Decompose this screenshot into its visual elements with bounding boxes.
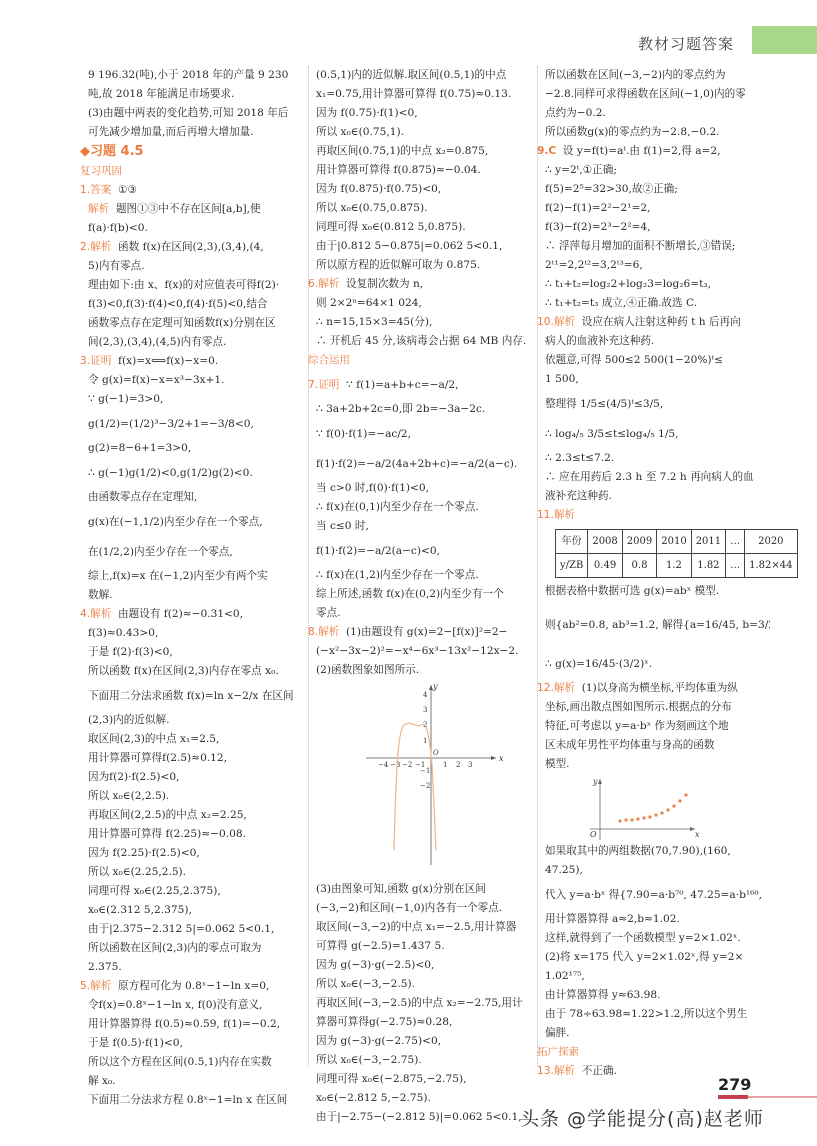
text-line: 由于|0.812 5−0.875|=0.062 5<0.1, [316, 237, 526, 256]
text-line: 再取区间(−3,−2.5)的中点 x₂=−2.75,用计 [316, 994, 526, 1013]
q1-answer: ①③ [118, 184, 137, 196]
svg-text:2: 2 [456, 761, 460, 769]
text-line: 因为 f(0.75)·f(1)<0, [316, 104, 526, 123]
text-line: f(2)−f(1)=2²−2¹=2, [545, 199, 770, 218]
text-line: f(5)=2⁵=32>30,故②正确; [545, 180, 770, 199]
scatter-plot: y x O [545, 774, 770, 842]
table-cell: 年份 [556, 530, 588, 554]
text-line: 这样,就得到了一个函数模型 y=2×1.02ˣ. [545, 929, 770, 948]
text-line: 数解. [88, 586, 300, 605]
text-line: 所以 x₀∈(−3,−2.75). [316, 1051, 526, 1070]
q11-label: 11.解析 [537, 509, 575, 521]
text-line: 当 c≤0 时, [316, 517, 526, 536]
text-line: (3)由图象可知,函数 g(x)分别在区间 [316, 880, 526, 899]
text-line: 则{ab²=0.8, ab³=1.2, 解得{a=16/45, b=3/2, [545, 601, 770, 649]
text-line: 综上所述,函数 f(x)在(0,2)内至少有一个 [316, 585, 526, 604]
svg-text:1: 1 [423, 737, 427, 745]
text-line: (1)以身高为横坐标,平均体重为纵 [582, 682, 738, 694]
text-line: ∴ t₁+t₂=log₂2+log₂3=log₂6=t₃, [545, 275, 770, 294]
text-line: 函数零点存在定理可知函数f(x)分别在区 [88, 314, 300, 333]
table-cell: 2011 [691, 530, 725, 554]
svg-text:O: O [590, 830, 597, 839]
section-title: ◆习题 4.5 [80, 142, 300, 162]
text-line: 同理可得 x₀∈(−2.875,−2.75), [316, 1070, 526, 1089]
text-line: 所以函数在区间(2,3)内的零点可取为 [88, 939, 300, 958]
text-line: 所以函数 f(x)在区间(2,3)内存在零点 x₀. [88, 662, 300, 681]
table-cell: 0.8 [622, 554, 656, 578]
text-line: 所以 x₀∈(2,2.5). [88, 787, 300, 806]
table-cell: 1.2 [657, 554, 691, 578]
text-line: 用计算器算得 a≈2,b≈1.02. [545, 910, 770, 929]
text-line: 由于 78÷63.98≈1.22>1.2,所以这个男生 [545, 1005, 770, 1024]
text-line: 再取区间(2,2.5)的中点 x₂=2.25, [88, 806, 300, 825]
header-title: 教材习题答案 [638, 33, 734, 54]
text-line: f(1)·f(2)=−a/2(a−c)<0, [316, 536, 526, 566]
text-line: 2.375. [88, 958, 300, 977]
q9-label: 9.C [537, 145, 556, 157]
text-line: 病人的血液补充这种药. [545, 332, 770, 351]
text-line: 5)内有零点. [88, 257, 300, 276]
column-divider [537, 66, 538, 1066]
text-line: 则 2×2ⁿ=64×1 024, [316, 294, 526, 313]
text-line: 取区间(2,3)的中点 x₁=2.5, [88, 730, 300, 749]
text-line: 用计算器可算得f(2.5)≈0.12, [88, 749, 300, 768]
table-header-row: 年份 2008 2009 2010 2011 … 2020 [556, 530, 798, 554]
scatter-svg: y x O [545, 774, 705, 842]
text-line: (0.5,1)内的近似解.取区间(0.5,1)的中点 [316, 66, 526, 85]
text-line: ∴ f(x)在(0,1)内至少存在一个零点. [316, 498, 526, 517]
text-line: 再取区间(0.75,1)的中点 x₂=0.875, [316, 142, 526, 161]
table-cell: 2009 [622, 530, 656, 554]
text-line: (−x²−3x−2)²=−x⁴−6x³−13x²−12x−2. [316, 642, 526, 661]
text-line: f(1)·f(2)=−a/2(4a+2b+c)=−a/2(a−c). [316, 449, 526, 479]
text-line: 偏胖. [545, 1024, 770, 1043]
text-line: 设 y=f(t)=aᵗ.由 f(1)=2,得 a=2, [563, 145, 721, 157]
text-line: 模型. [545, 755, 770, 774]
subsection-review: 复习巩固 [80, 162, 300, 181]
text-line: (1)由题设有 g(x)=2−[f(x)]²=2− [346, 626, 507, 638]
text-line: 由于|−2.75−(−2.812 5)|=0.062 5<0.1, [316, 1108, 526, 1127]
table-cell: 0.49 [588, 554, 622, 578]
text-line: −2.8.同样可求得函数在区间(−1,0)内的零 [545, 85, 770, 104]
q6-label: 6.解析 [308, 278, 339, 290]
q2-label: 2.解析 [80, 241, 111, 253]
q8-label: 8.解析 [308, 626, 339, 638]
text-line: ∴ 应在用药后 2.3 h 至 7.2 h 再向病人的血 [545, 468, 770, 487]
column-3: 所以函数在区间(−3,−2)内的零点约为 −2.8.同样可求得函数在区间(−1,… [545, 66, 770, 1081]
text-line: 所以 x₀∈(0.75,0.875). [316, 199, 526, 218]
text-line: g(2)=8−6+1=3>0, [88, 439, 300, 458]
text-line: 依题意,可得 500≤2 500(1−20%)ᵗ≤ [545, 351, 770, 370]
text-line: 因为 f(2.25)·f(2.5)<0, [88, 844, 300, 863]
text-line: x₀∈(2.312 5,2.375), [88, 901, 300, 920]
q3-label: 3.证明 [80, 355, 111, 367]
text-line: 取区间(−3,−2)的中点 x₁=−2.5,用计算器 [316, 918, 526, 937]
q1-label: 1.答案 [80, 184, 111, 196]
text-line: g(1/2)=(1/2)³−3/2+1=−3/8<0, [88, 409, 300, 439]
text-line: 下面用二分法求方程 0.8ˣ−1=ln x 在区间 [88, 1091, 300, 1110]
function-graph: x y O −4−3−2−1 123 4321 −1−2 [316, 680, 526, 880]
subsection-apply: 综合运用 [308, 351, 526, 370]
text-line: 同理可得 x₀∈(2.25,2.375), [88, 882, 300, 901]
text-line: g(x)在(−1,1/2)内至少存在一个零点, [88, 507, 300, 537]
text-line: ∴ g(−1)g(1/2)<0,g(1/2)g(2)<0. [88, 458, 300, 488]
table-cell: 2010 [657, 530, 691, 554]
svg-text:O: O [433, 749, 439, 757]
text-line: 令f(x)=0.8ˣ−1−ln x, f(0)没有意义, [88, 996, 300, 1015]
text-line: 所以函数g(x)的零点约为−2.8,−0.2. [545, 123, 770, 142]
text-line: 47.25), [545, 861, 770, 880]
text-line: ∴ 浮萍每月增加的面积不断增长,③错误; [545, 237, 770, 256]
text-line: f(3)<0,f(3)·f(4)<0,f(4)·f(5)<0,结合 [88, 295, 300, 314]
text-line: 原方程可化为 0.8ˣ−1−ln x=0, [118, 980, 269, 992]
text-line: x₁=0.75,用计算器可算得 f(0.75)≈0.13. [316, 85, 526, 104]
svg-text:y: y [592, 777, 598, 786]
text-line: 用计算器可算得 f(0.875)≈−0.04. [316, 161, 526, 180]
text-line: 可算得 g(−2.5)=1.437 5. [316, 937, 526, 956]
text-line: 点约为−0.2. [545, 104, 770, 123]
text-line: 2ᵗ¹=2,2ᵗ²=3,2ᵗ³=6, [545, 256, 770, 275]
text-line: (2)函数图象如图所示. [316, 661, 526, 680]
q7-label: 7.证明 [308, 379, 339, 391]
text-line: 由计算器算得 y≈63.98. [545, 986, 770, 1005]
text-line: 用计算器算得 f(0.5)≈0.59, f(1)=−0.2, [88, 1015, 300, 1034]
text-line: 坐标,画出散点图如图所示.根据点的分布 [545, 698, 770, 717]
text-line: 液补充这种药. [545, 487, 770, 506]
svg-text:−2: −2 [420, 782, 430, 790]
svg-text:x: x [499, 754, 504, 763]
text-line: 当 c>0 时,f(0)·f(1)<0, [316, 479, 526, 498]
text-line: f(x)=x⟺f(x)−x=0. [118, 355, 218, 367]
text-line: f(3)−f(2)=2³−2²=4, [545, 218, 770, 237]
text-line: 综上,f(x)=x 在(−1,2)内至少有两个实 [88, 567, 300, 586]
text-line: (3)由题中两表的变化趋势,可知 2018 年后 [88, 104, 300, 123]
text-line: 设应在病人注射这种药 t h 后再向 [582, 316, 741, 328]
svg-text:y: y [432, 682, 438, 691]
svg-text:−3: −3 [390, 761, 400, 769]
text-line: (−3,−2)和区间(−1,0)内各有一个零点. [316, 899, 526, 918]
text-line: 理由如下:由 x、f(x)的对应值表可得f(2)· [88, 276, 300, 295]
text-line: ∴ f(x)在(1,2)内至少存在一个零点. [316, 566, 526, 585]
text-line: 算器可算得g(−2.75)≈0.28, [316, 1013, 526, 1032]
text-line: 特征,可考虑以 y=a·bˣ 作为刻画这个地 [545, 717, 770, 736]
text-line: 整理得 1/5≤(4/5)ᵗ≤3/5, [545, 389, 770, 419]
text-line: ∴ 2.3≤t≤7.2. [545, 449, 770, 468]
text-line: (2)将 x=175 代入 y=2×1.02ˣ,得 y=2× [545, 948, 770, 967]
text-line: 设复制次数为 n, [346, 278, 423, 290]
text-line: 在(1/2,2)内至少存在一个零点, [88, 537, 300, 567]
table-cell: y/ZB [556, 554, 588, 578]
text-line: 所以函数在区间(−3,−2)内的零点约为 [545, 66, 770, 85]
q5-label: 5.解析 [80, 980, 111, 992]
text-line: ∴ t₁+t₂=t₃ 成立,④正确.故选 C. [545, 294, 770, 313]
table-cell: 2008 [588, 530, 622, 554]
text-line: 由于|2.375−2.312 5|=0.062 5<0.1, [88, 920, 300, 939]
text-line: 解 x₀. [88, 1072, 300, 1091]
table-cell: … [726, 530, 745, 554]
header-accent-bar [752, 26, 817, 54]
text-line: 所以 x₀∈(−3,−2.5). [316, 975, 526, 994]
text-line: 间(2,3),(3,4),(4,5)内有零点. [88, 333, 300, 352]
text-line: 题图①③中不存在区间[a,b],使 [116, 203, 261, 215]
subsection-explore: 拓广探索 [537, 1043, 770, 1062]
text-line: 于是 f(2)·f(3)<0, [88, 643, 300, 662]
text-line: 不正确. [582, 1065, 617, 1077]
text-line: 区未成年男性平均体重与身高的函数 [545, 736, 770, 755]
svg-text:4: 4 [423, 691, 428, 699]
table-row: y/ZB 0.49 0.8 1.2 1.82 … 1.82×44 [556, 554, 798, 578]
text-line: 所以 x₀∈(2.25,2.5). [88, 863, 300, 882]
table-cell: … [726, 554, 745, 578]
text-line: 可先减少增加量,而后再增大增加量. [88, 123, 300, 142]
table-cell: 1.82 [691, 554, 725, 578]
svg-text:1: 1 [443, 761, 447, 769]
text-line: 用计算器可算得 f(2.25)≈−0.08. [88, 825, 300, 844]
q12-label: 12.解析 [537, 682, 575, 694]
text-line: ∴ g(x)=16/45·(3/2)ˣ. [545, 649, 770, 679]
q1-analysis-label: 解析 [88, 203, 109, 215]
text-line: 因为 f(0.875)·f(0.75)<0, [316, 180, 526, 199]
text-line: ∴ 3a+2b+2c=0,即 2b=−3a−2c. [316, 400, 526, 419]
text-line: ∵ f(0)·f(1)=−ac/2, [316, 419, 526, 449]
text-line: (2,3)内的近似解. [88, 711, 300, 730]
text-line: 下面用二分法求函数 f(x)=ln x−2/x 在区间 [88, 681, 300, 711]
text-line: 因为 g(−3)·g(−2.5)<0, [316, 956, 526, 975]
text-line: 吨,故 2018 年能满足市场要求. [88, 85, 300, 104]
text-line: ∵ f(1)=a+b+c=−a/2, [346, 379, 458, 391]
text-line: 同理可得 x₀∈(0.812 5,0.875). [316, 218, 526, 237]
text-line: ∴ n=15,15×3=45(分), [316, 313, 526, 332]
text-line: 1.02¹⁷⁵, [545, 967, 770, 986]
column-2: (0.5,1)内的近似解.取区间(0.5,1)的中点 x₁=0.75,用计算器可… [316, 66, 526, 1127]
column-1: 9 196.32(吨),小于 2018 年的产量 9 230 吨,故 2018 … [88, 66, 300, 1110]
text-line: 因为f(2)·f(2.5)<0, [88, 768, 300, 787]
text-line: 于是 f(0.5)·f(1)<0, [88, 1034, 300, 1053]
text-line: 令 g(x)=f(x)−x=x³−3x+1. [88, 371, 300, 390]
svg-text:3: 3 [468, 761, 472, 769]
svg-text:−2: −2 [402, 761, 412, 769]
text-line: 由题设有 f(2)≈−0.31<0, [118, 608, 243, 620]
text-line: ∵ g(−1)=3>0, [88, 390, 300, 409]
text-line: 如果取其中的两组数据(70,7.90),(160, [545, 842, 770, 861]
q13-label: 13.解析 [537, 1065, 575, 1077]
page-number-marker [718, 1095, 748, 1099]
q10-label: 10.解析 [537, 316, 575, 328]
text-line: 所以原方程的近似解可取为 0.875. [316, 256, 526, 275]
text-line: 9 196.32(吨),小于 2018 年的产量 9 230 [88, 66, 300, 85]
data-table: 年份 2008 2009 2010 2011 … 2020 y/ZB 0.49 … [555, 529, 798, 578]
table-cell: 1.82×44 [745, 554, 797, 578]
text-line: 函数 f(x)在区间(2,3),(3,4),(4, [118, 241, 264, 253]
text-line: 所以 x₀∈(0.75,1). [316, 123, 526, 142]
text-line: ∴ y=2ᵗ,①正确; [545, 161, 770, 180]
text-line: x₀∈(−2.812 5,−2.75). [316, 1089, 526, 1108]
text-line: 代入 y=a·bˣ 得{7.90=a·b⁷⁰, 47.25=a·b¹⁶⁰, [545, 880, 770, 910]
text-line: 因为 g(−3)·g(−2.75)<0, [316, 1032, 526, 1051]
page-number: 279 [718, 1075, 751, 1094]
text-line: 由函数零点存在定理知, [88, 488, 300, 507]
svg-text:−4: −4 [378, 761, 389, 769]
graph-svg: x y O −4−3−2−1 123 4321 −1−2 [316, 680, 526, 870]
text-line: f(3)≈0.43>0, [88, 624, 300, 643]
column-divider [308, 66, 309, 1066]
svg-text:−1: −1 [420, 767, 430, 775]
text-line: ∴ 开机后 45 分,该病毒会占据 64 MB 内存. [316, 332, 526, 351]
text-line: 所以这个方程在区间(0.5,1)内存在实数 [88, 1053, 300, 1072]
svg-text:x: x [695, 830, 700, 839]
text-line: 根据表格中数据可选 g(x)=abˣ 模型. [545, 582, 770, 601]
svg-text:3: 3 [423, 706, 427, 714]
table-cell: 2020 [745, 530, 797, 554]
text-line: 零点. [316, 604, 526, 623]
q4-label: 4.解析 [80, 608, 111, 620]
text-line: 1 500, [545, 370, 770, 389]
text-line: f(a)·f(b)<0. [88, 219, 300, 238]
watermark: 头条 @学能提分(高)赵老师 [520, 1104, 764, 1131]
text-line: ∴ log₄/₅ 3/5≤t≤log₄/₅ 1/5, [545, 419, 770, 449]
